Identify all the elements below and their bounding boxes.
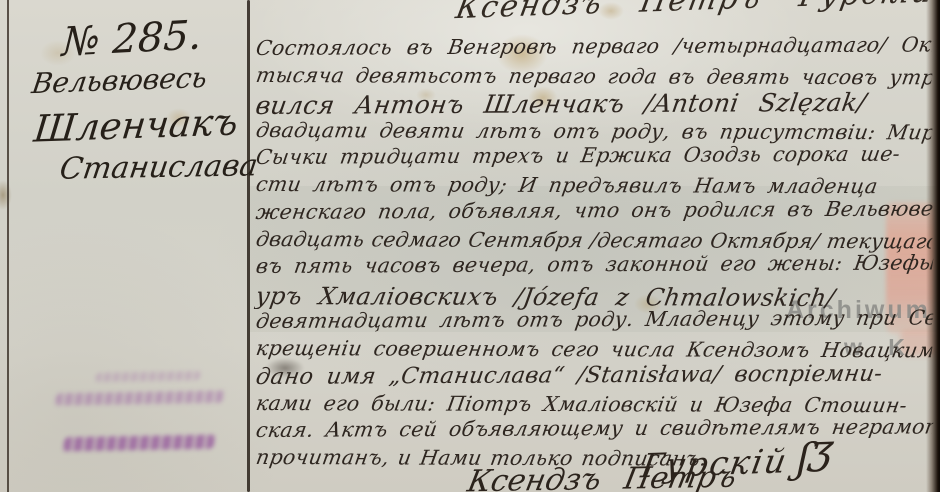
record-line: девятнадцати лѣтъ отъ роду. Младенцу это… <box>254 305 935 336</box>
record-line: въ пять часовъ вечера, отъ законной его … <box>254 251 935 282</box>
record-line: вился Антонъ Шленчакъ /Antoni Szlęzak/ <box>254 87 935 118</box>
record-line: Состоялось въ Венгровѣ перваго /четырнад… <box>254 32 935 63</box>
purple-archival-stamp-smudge <box>63 435 215 452</box>
margin-given-name: Станислава <box>58 148 260 187</box>
record-number: № 285. <box>61 12 203 65</box>
margin-surname: Шленчакъ <box>32 100 240 150</box>
margin-column: № 285. Вельвювесь Шленчакъ Станислава <box>10 0 248 492</box>
purple-archival-stamp-smudge <box>95 371 200 382</box>
record-line: дано имя „Станислава“ /Stanisława/ воспр… <box>254 360 935 391</box>
signature-paraph-flourish: ʃƷ <box>794 435 836 482</box>
left-margin-rule <box>7 0 9 492</box>
previous-record-clipped-fragment: Ксендзъ Петръ Гурскій <box>453 0 940 26</box>
record-line: женскаго пола, объявляя, что онъ родился… <box>254 196 935 227</box>
purple-archival-stamp-smudge <box>55 391 225 406</box>
priest-title-clipped: Ксендзъ Петръ <box>465 460 740 492</box>
margin-place-name: Вельвювесь <box>30 61 210 100</box>
record-text-lines: Состоялось въ Венгровѣ перваго /четырнад… <box>256 36 932 473</box>
record-line: Сычки тридцати трехъ и Ержика Озодзь сор… <box>254 142 935 173</box>
register-scan-page: Archiwum w K № 285. Вельвювесь Шленчакъ … <box>0 0 940 492</box>
